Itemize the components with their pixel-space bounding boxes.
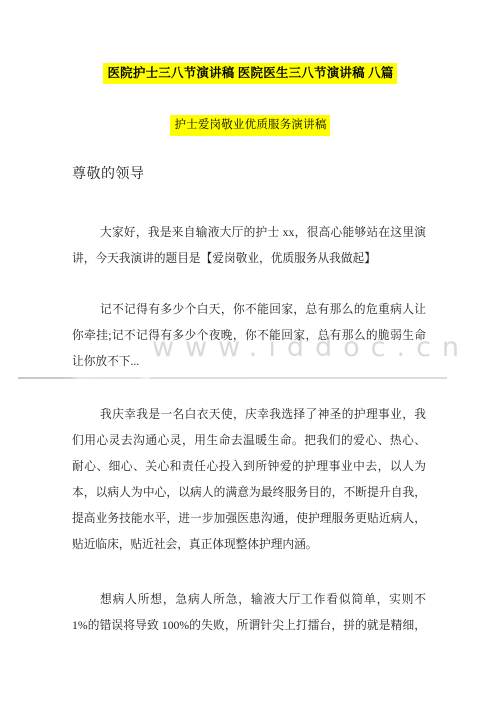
- paragraph-line: 本，以病人为中心，以病人的满意为最终服务目的，不断提升自我，: [72, 480, 426, 506]
- paragraph-patients: 想病人所想，急病人所急，输液大厅工作看似简单，实则不然， 1%的错误将导致 10…: [72, 587, 426, 639]
- paragraph-line: 耐心、细心、关心和责任心投入到所钟爱的护理事业中去，以人为: [72, 454, 426, 480]
- greeting-line: 尊敬的领导: [72, 166, 145, 184]
- paragraph-angel: 我庆幸我是一名白衣天使，庆幸我选择了神圣的护理事业，我 们用心灵去沟通心灵，用生…: [72, 402, 426, 558]
- paragraph-line: 1%的错误将导致 100%的失败，所谓针尖上打擂台，拼的就是精细，: [72, 613, 426, 639]
- paragraph-remember: 记不记得有多少个白天，你不能回家，总有那么的危重病人让 你牵挂;记不记得有多少个…: [72, 297, 426, 375]
- document-title-row: 医院护士三八节演讲稿 医院医生三八节演讲稿 八篇: [0, 63, 500, 84]
- paragraph-line: 你牵挂;记不记得有多少个夜晚，你不能回家，总有那么的脆弱生命: [72, 323, 426, 349]
- paragraph-line: 我庆幸我是一名白衣天使，庆幸我选择了神圣的护理事业，我: [72, 402, 426, 428]
- document-subtitle-row: 护士爱岗敬业优质服务演讲稿: [0, 115, 500, 136]
- document-title: 医院护士三八节演讲稿 医院医生三八节演讲稿 八篇: [103, 63, 396, 84]
- paragraph-line: 大家好，我是来自输液大厅的护士 xx，很高心能够站在这里演: [72, 220, 426, 246]
- paragraph-line: 让你放不下...: [72, 349, 426, 375]
- paragraph-line: 提高业务技能水平，进一步加强医患沟通，使护理服务更贴近病人，: [72, 506, 426, 532]
- paragraph-line: 讲，今天我演讲的题目是【爱岗敬业，优质服务从我做起】: [72, 246, 426, 272]
- document-page: 医院护士三八节演讲稿 医院医生三八节演讲稿 八篇 护士爱岗敬业优质服务演讲稿 尊…: [0, 0, 500, 708]
- paragraph-intro: 大家好，我是来自输液大厅的护士 xx，很高心能够站在这里演 讲，今天我演讲的题目…: [72, 220, 426, 272]
- document-subtitle: 护士爱岗敬业优质服务演讲稿: [170, 115, 329, 136]
- paragraph-line: 想病人所想，急病人所急，输液大厅工作看似简单，实则不然，: [72, 587, 426, 613]
- page-break-divider: [18, 377, 447, 379]
- paragraph-line: 记不记得有多少个白天，你不能回家，总有那么的危重病人让: [72, 297, 426, 323]
- paragraph-line: 们用心灵去沟通心灵，用生命去温暖生命。把我们的爱心、热心、: [72, 428, 426, 454]
- paragraph-line: 贴近临床，贴近社会，真正体现整体护理内涵。: [72, 532, 426, 558]
